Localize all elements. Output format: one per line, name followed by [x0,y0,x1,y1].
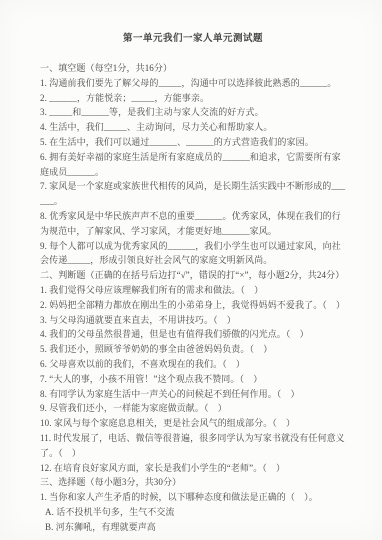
fill-item-1: 1. 沟通前我们要先了解父母的_____，沟通中可以选择彼此熟悉的______。 [40,76,346,91]
judge-item-7: 7. “大人的事，小孩不用管！”这个观点我不赞同。（ ） [40,372,346,387]
page-title: 第一单元我们一家人单元测试题 [40,33,346,45]
section-judge-heading: 二、判断题（正确的在括号后边打“√”，错误的打“×”，每小题2分，共24分） [40,268,346,283]
fill-item-2: 2. ______，方能悦亲；_____，方能事亲。 [40,91,346,106]
fill-in-blank-section: 一、填空题（每空1分，共16分） 1. 沟通前我们要先了解父母的_____，沟通… [40,61,346,268]
judge-item-12: 12. 在培育良好家风方面，家长是我们小学生的“老师”。（ ） [40,461,346,476]
section-fill-heading: 一、填空题（每空1分，共16分） [40,61,346,76]
judge-item-11: 11. 时代发展了，电话、微信等很普遍，很多同学认为写家书就没有任何意义了。（ … [40,431,346,461]
fill-item-6: 6. 拥有美好幸福的家庭生活是所有家庭成员的______和追求，它需要所有家庭成… [40,150,346,180]
judge-item-6: 6. 父母喜欢以前的我们，不喜欢现在的我们。（ ） [40,357,346,372]
judge-item-5: 5. 我们还小，照顾爷爷奶奶的事全由爸爸妈妈负责。（ ） [40,342,346,357]
judge-item-1: 1. 我们觉得父母应该理解我们所有的需求和做法。（ ） [40,283,346,298]
choice-option-a: A. 话不投机半句多，生气不交流 [40,505,346,520]
judge-item-2: 2. 妈妈把全部精力都放在刚出生的小弟弟身上，我觉得妈妈不爱我了。（ ） [40,298,346,313]
fill-item-5: 5. 在生活中，我们可以通过______、______的方式营造我们的家园。 [40,135,346,150]
document-page: 第一单元我们一家人单元测试题 一、填空题（每空1分，共16分） 1. 沟通前我们… [0,0,382,540]
fill-item-9: 9. 每个人都可以成为优秀家风的______，我们小学生也可以通过家风，向社会传… [40,239,346,269]
judge-item-8: 8. 有同学认为家庭生活中一声关心的问候起不到任何作用。（ ） [40,387,346,402]
choice-question-1: 1. 当你和家人产生矛盾的时候，以下哪种态度和做法是正确的（ ）。 [40,490,346,505]
fill-item-7: 7. 家风是一个家庭或家族世代相传的风尚，是长期生活实践中不断形成的______… [40,179,346,209]
fill-item-3: 3. _____和______等，是我们主动与家人交流的好方式。 [40,105,346,120]
fill-item-4: 4. 生活中，我们_____、主动询问，尽力关心和帮助家人。 [40,120,346,135]
choice-option-b: B. 河东狮吼，有理就要声高 [40,520,346,535]
judge-item-4: 4. 我们的父母虽然很普通，但是也有值得我们骄傲的闪光点。（ ） [40,327,346,342]
multiple-choice-section: 三、选择题（每小题3分，共30分） 1. 当你和家人产生矛盾的时候，以下哪种态度… [40,475,346,534]
judge-item-10: 10. 家风与每个家庭息息相关，更是社会风气的组成部分。（ ） [40,416,346,431]
true-false-section: 二、判断题（正确的在括号后边打“√”，错误的打“×”，每小题2分，共24分） 1… [40,268,346,475]
document-content: 第一单元我们一家人单元测试题 一、填空题（每空1分，共16分） 1. 沟通前我们… [40,33,346,535]
fill-item-8: 8. 优秀家风是中华民族声声不息的重要______。优秀家风，体现在我们的行为规… [40,209,346,239]
judge-item-3: 3. 与父母沟通就要直来直去，不用讲技巧。（ ） [40,313,346,328]
section-choice-heading: 三、选择题（每小题3分，共30分） [40,475,346,490]
judge-item-9: 9. 尽管我们还小，一样能为家庭做贡献。（ ） [40,401,346,416]
